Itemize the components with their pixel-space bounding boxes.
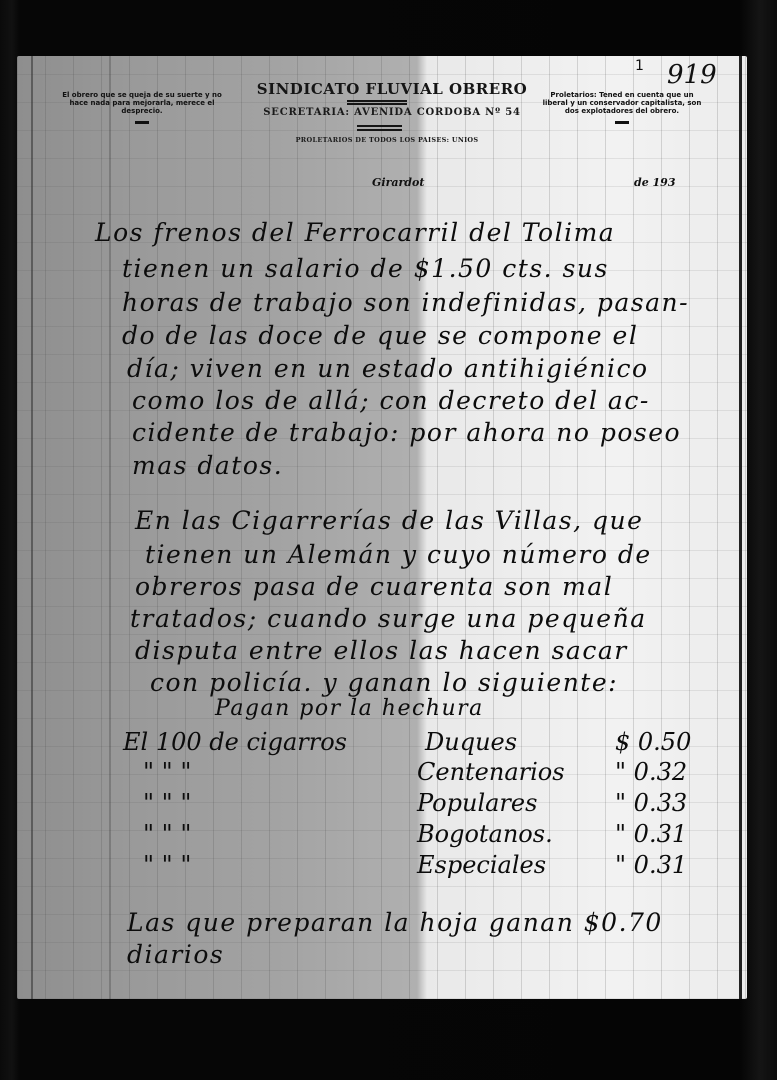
closing-line: diarios bbox=[127, 940, 224, 969]
paragraph-2-line: tienen un Alemán y cuyo número de bbox=[145, 540, 652, 569]
left-note-text: El obrero que se queja de su suerte y no… bbox=[62, 91, 222, 115]
motto: PROLETARIOS DE TODOS LOS PAISES: UNIOS bbox=[252, 136, 522, 144]
paragraph-2-line: tratados; cuando surge una pequeña bbox=[130, 604, 647, 633]
folio-number: 919 bbox=[667, 60, 717, 90]
address-rule bbox=[357, 129, 402, 131]
paragraph-2-line: disputa entre ellos las hacen sacar bbox=[135, 636, 628, 665]
secretaria-address: SECRETARIA: AVENIDA CORDOBA Nº 54 bbox=[222, 107, 562, 118]
paragraph-2-line: con policía. y ganan lo siguiente: bbox=[150, 668, 618, 697]
paragraph-1-line: Los frenos del Ferrocarril del Tolima bbox=[95, 218, 615, 247]
wage-row-price: " 0.31 bbox=[615, 820, 687, 848]
date-year: de 193 bbox=[634, 176, 675, 189]
wage-row-price: " 0.33 bbox=[615, 789, 687, 817]
letterhead: El obrero que se queja de su suerte y no… bbox=[17, 56, 747, 166]
letterhead-right-note: Proletarios: Tened en cuenta que un libe… bbox=[542, 91, 702, 124]
wage-row-type: Centenarios bbox=[417, 758, 565, 786]
page-right-edge bbox=[739, 56, 742, 999]
paragraph-1-line: horas de trabajo son indefinidas, pasan- bbox=[122, 288, 689, 317]
date-place: Girardot bbox=[372, 176, 424, 189]
wage-row-ditto: " " " bbox=[143, 789, 191, 817]
divider-dash bbox=[135, 121, 149, 124]
letterhead-left-note: El obrero que se queja de su suerte y no… bbox=[62, 91, 222, 124]
folio-mark: 1 bbox=[635, 58, 644, 74]
wage-row-ditto: " " " bbox=[143, 758, 191, 786]
wage-row-ditto: " " " bbox=[143, 851, 191, 879]
right-note-text: Proletarios: Tened en cuenta que un libe… bbox=[543, 91, 702, 115]
wage-row-label: El 100 de cigarros bbox=[123, 728, 347, 756]
wage-row-type: Bogotanos. bbox=[417, 820, 553, 848]
paragraph-2-line: Pagan por la hechura bbox=[215, 696, 484, 721]
address-rule bbox=[357, 125, 402, 127]
wage-row-type: Populares bbox=[417, 789, 537, 817]
document-page: El obrero que se queja de su suerte y no… bbox=[17, 56, 747, 999]
wage-row-type: Duques bbox=[425, 728, 517, 756]
divider-dash bbox=[615, 121, 629, 124]
wage-row-type: Especiales bbox=[417, 851, 546, 879]
wage-row-ditto: " " " bbox=[143, 820, 191, 848]
ruled-margin-line bbox=[31, 56, 33, 999]
organization-name: SINDICATO FLUVIAL OBRERO bbox=[232, 80, 552, 98]
paragraph-1-line: do de las doce de que se compone el bbox=[122, 321, 638, 350]
paragraph-2-line: obreros pasa de cuarenta son mal bbox=[135, 572, 613, 601]
paragraph-1-line: día; viven en un estado antihigiénico bbox=[127, 354, 649, 383]
wage-row-price: " 0.32 bbox=[615, 758, 687, 786]
paragraph-1-line: cidente de trabajo: por ahora no poseo bbox=[132, 418, 681, 447]
wage-row-price: " 0.31 bbox=[615, 851, 687, 879]
title-rule bbox=[347, 103, 407, 105]
paragraph-2-line: En las Cigarrerías de las Villas, que bbox=[135, 506, 643, 535]
paragraph-1-line: tienen un salario de $1.50 cts. sus bbox=[122, 254, 609, 283]
ruled-column-line bbox=[109, 56, 111, 999]
closing-line: Las que preparan la hoja ganan $0.70 bbox=[127, 908, 663, 937]
paragraph-1-line: como los de allá; con decreto del ac- bbox=[132, 386, 650, 415]
title-rule bbox=[347, 100, 407, 102]
wage-row-price: $ 0.50 bbox=[615, 728, 691, 756]
paragraph-1-line: mas datos. bbox=[132, 451, 283, 480]
